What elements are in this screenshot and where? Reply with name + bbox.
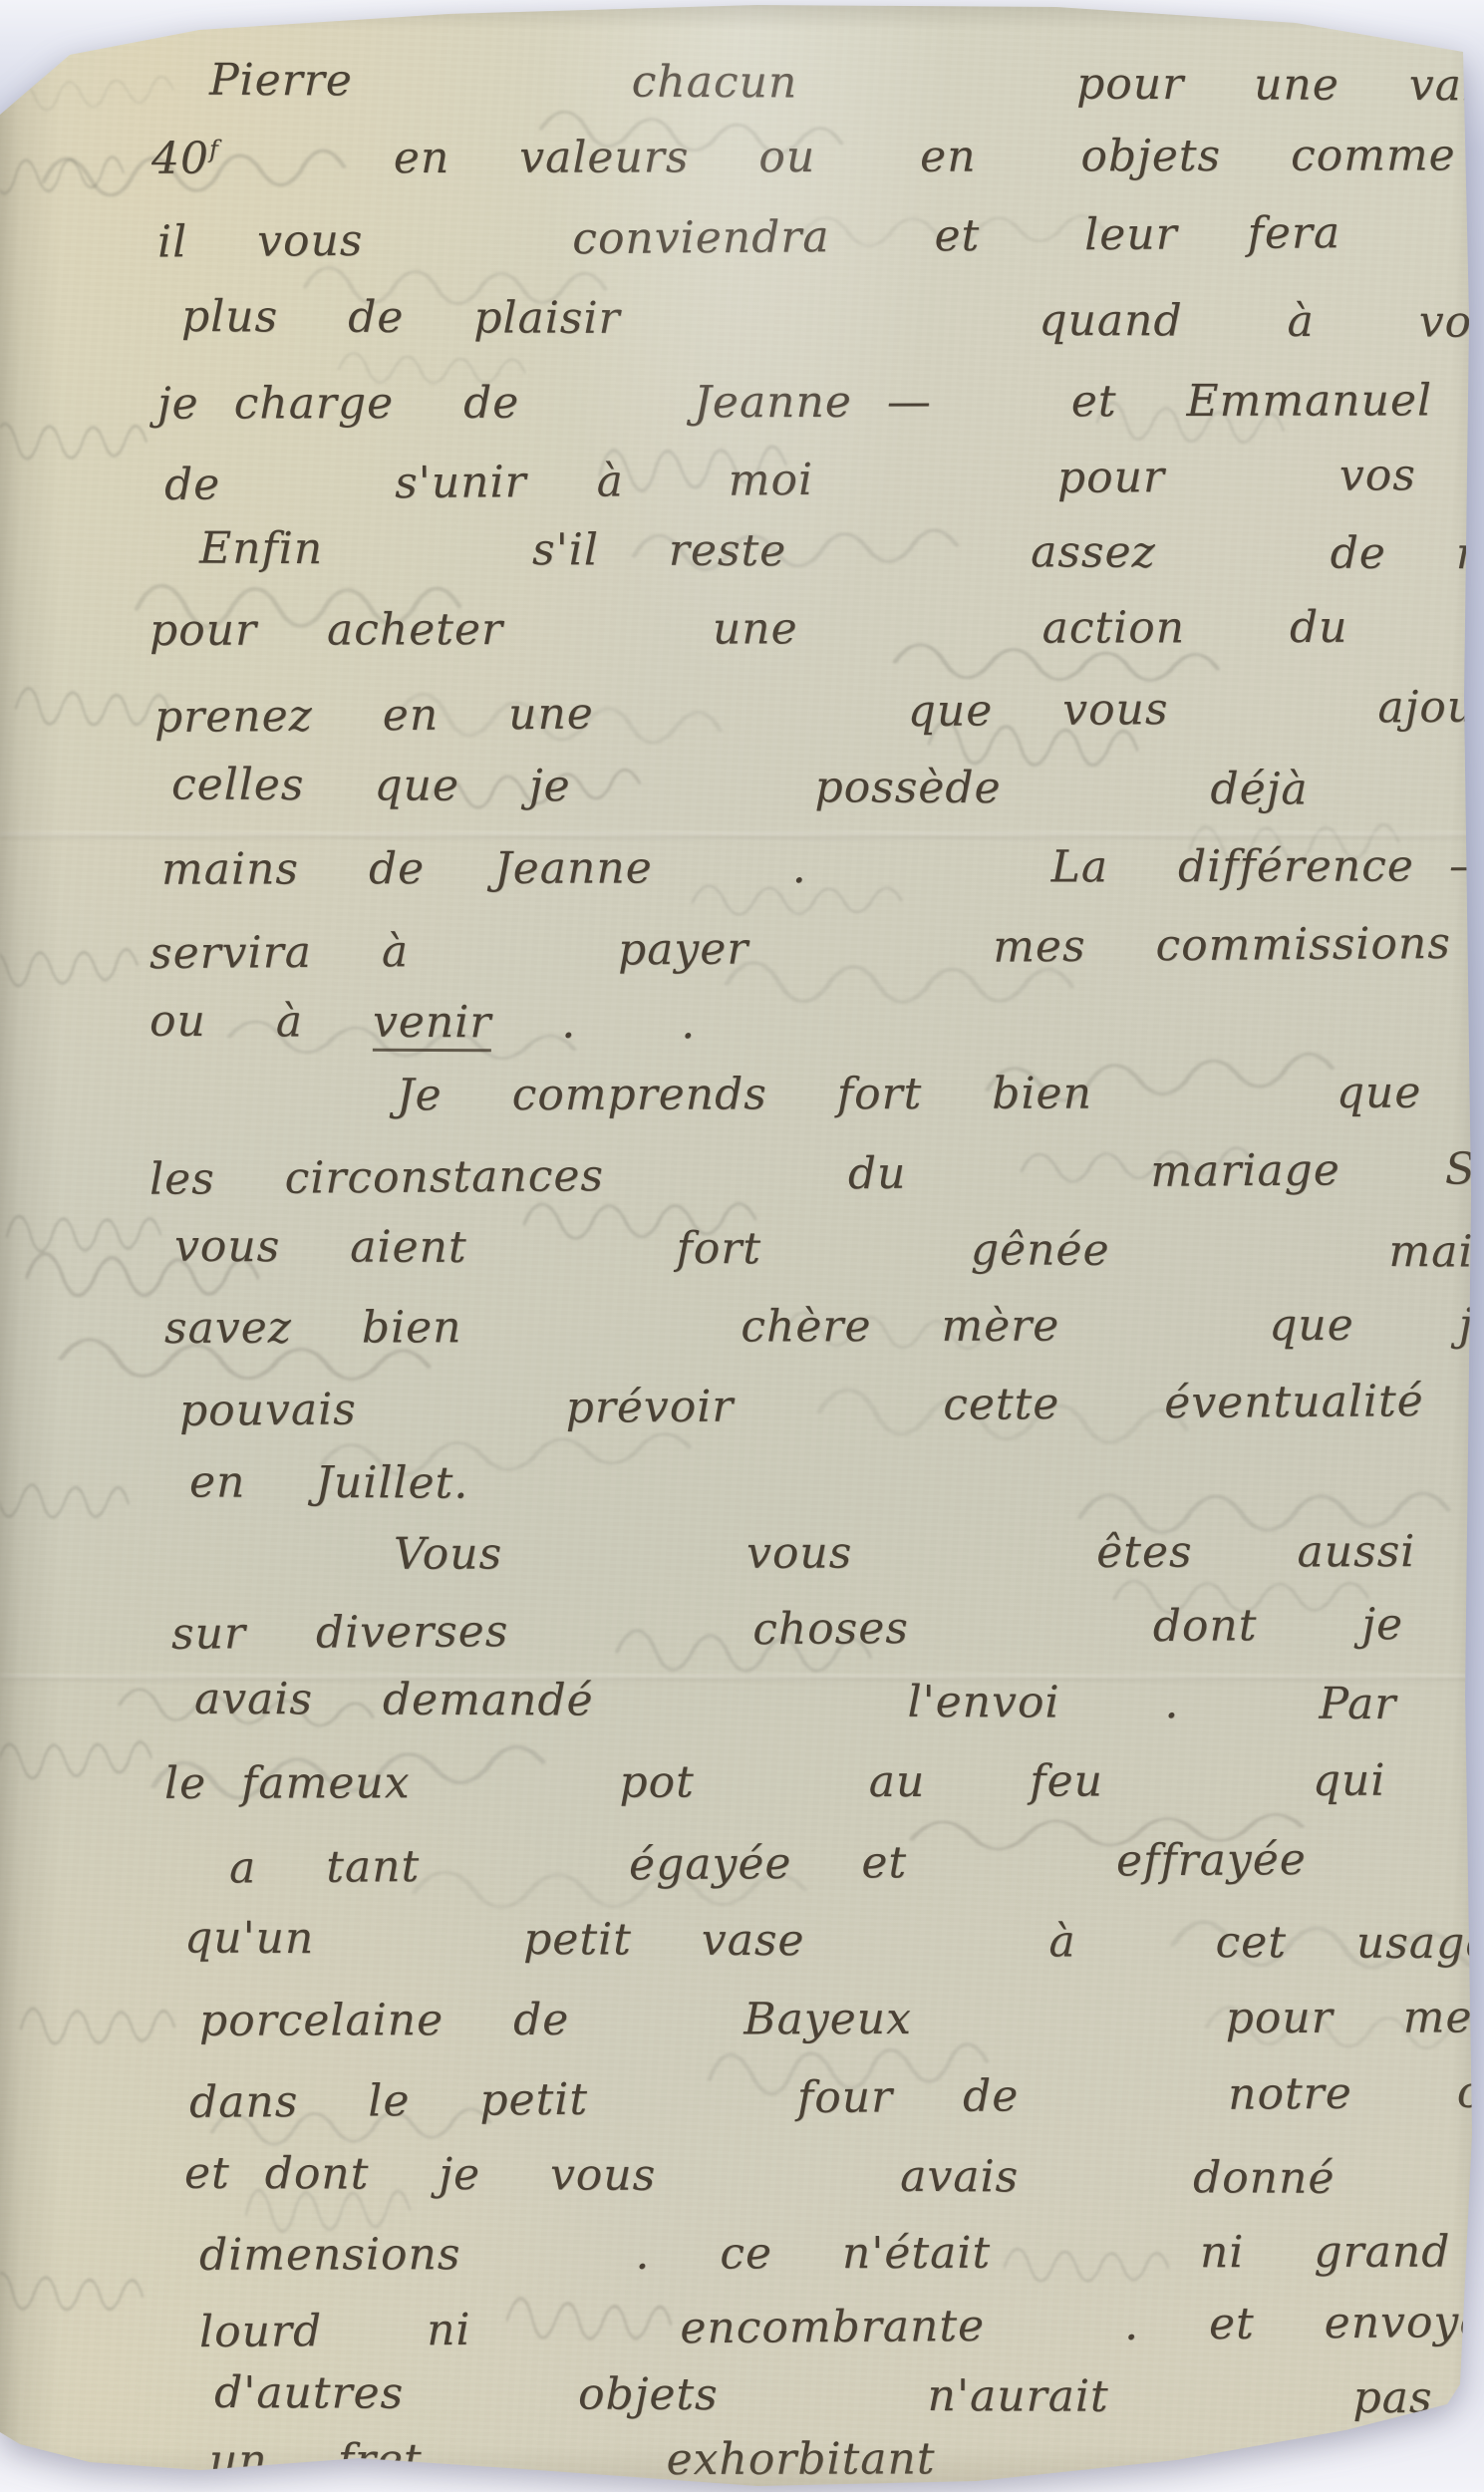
letter-line: pouvais prévoir cette éventualité bbox=[179, 1376, 1424, 1436]
letter-line: et dont je vous avais donné les bbox=[184, 2148, 1484, 2205]
letter-line: un fret exhorbitant . bbox=[209, 2433, 1160, 2486]
letter-line: mains de Jeanne . La différence — bbox=[161, 840, 1484, 894]
letter-line: pour acheter une action du Nord bbox=[149, 601, 1484, 656]
line-text: ou à bbox=[149, 996, 373, 1048]
letter-line: sur diverses choses dont je vous bbox=[171, 1597, 1484, 1660]
letter-line: dans le petit four de notre cuisinière bbox=[189, 2065, 1484, 2128]
letter-line: dimensions . ce n'était ni grand ni bbox=[199, 2226, 1484, 2281]
line-text: . . bbox=[491, 997, 696, 1049]
paper-sheet: Pierre chacun pour une valeur de 40f en … bbox=[0, 0, 1484, 2492]
letter-photo: Pierre chacun pour une valeur de 40f en … bbox=[0, 0, 1484, 2492]
letter-line: lourd ni encombrante . et envoyé avec — bbox=[199, 2295, 1484, 2357]
letter-line: servira à payer mes commissions actuelle… bbox=[149, 916, 1484, 979]
letter-line: prenez en une que vous ajouterez à bbox=[154, 680, 1484, 743]
letter-line: savez bien chère mère que je ne bbox=[164, 1299, 1484, 1354]
letter-line: en Juillet. bbox=[189, 1456, 468, 1508]
letter-line: le fameux pot au feu qui vous bbox=[164, 1754, 1484, 1809]
letter-line: ou à venir . . bbox=[149, 996, 696, 1049]
franc-superscript: f bbox=[209, 136, 219, 163]
letter-line: il vous conviendra et leur fera le bbox=[157, 205, 1484, 267]
letter-body: Pierre chacun pour une valeur de 40f en … bbox=[0, 0, 1484, 2492]
letter-line: celles que je possède déjà entre les bbox=[171, 759, 1484, 816]
letter-line: Je comprends fort bien que bbox=[397, 1068, 1421, 1121]
letter-line: d'autres objets n'aurait pas coûté bbox=[214, 2367, 1484, 2424]
letter-line: 40f en valeurs ou en objets comme bbox=[151, 130, 1456, 183]
line-text: 40 bbox=[151, 134, 209, 184]
letter-line: qu'un petit vase à cet usage en bbox=[184, 1913, 1484, 1971]
letter-line: les circonstances du mariage St Em. bbox=[149, 1142, 1484, 1205]
letter-line: Enfin s'il reste assez de nos fonds bbox=[199, 523, 1484, 581]
letter-line: de s'unir à moi pour vos étrennes bbox=[164, 448, 1484, 510]
letter-line: Pierre chacun pour une valeur de bbox=[209, 55, 1484, 112]
letter-line: porcelaine de Bayeux pour mettre bbox=[199, 1992, 1484, 2046]
letter-line: plus de plaisir quand à vous bbox=[181, 291, 1484, 348]
letter-line: avais demandé l'envoi . Par exemple bbox=[194, 1674, 1484, 1730]
line-text: en valeurs ou en objets comme bbox=[219, 130, 1456, 183]
letter-line: Vous vous êtes aussi méprise bbox=[394, 1525, 1484, 1579]
letter-line: a tant égayée et effrayée n'était bbox=[229, 1831, 1484, 1893]
underlined-word: venir bbox=[373, 997, 492, 1053]
letter-line: vous aient fort gênée mais vous bbox=[174, 1221, 1484, 1279]
letter-line: je charge de Jeanne — et Emmanuel bbox=[157, 375, 1432, 429]
